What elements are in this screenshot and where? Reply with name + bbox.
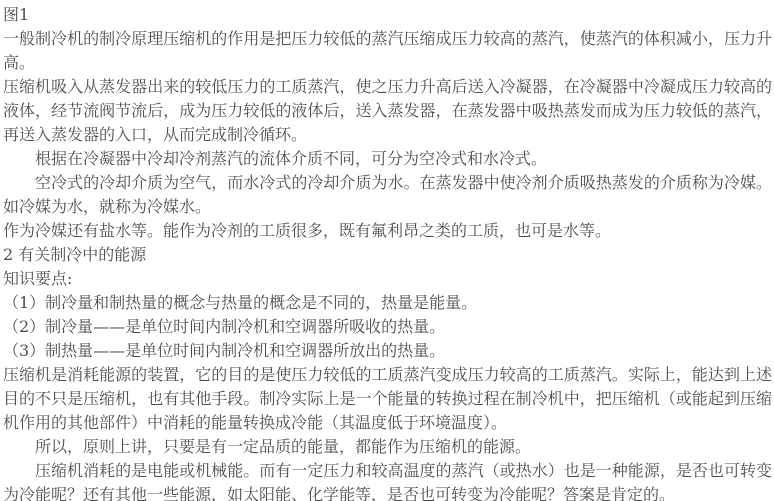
- paragraph-refrigeration-cycle: 压缩机吸入从蒸发器出来的较低压力的工质蒸汽，使之压力升高后送入冷凝器，在冷凝器中…: [3, 75, 772, 147]
- paragraph-compressor-energy: 压缩机是消耗能源的装置，它的目的是使压力较低的工质蒸汽变成压力较高的工质蒸汽。实…: [3, 363, 772, 435]
- paragraph-energy-sources: 压缩机消耗的是电能或机械能。而有一定压力和较高温度的蒸汽（或热水）也是一种能源，…: [3, 459, 772, 501]
- list-item-3: （3）制热量——是单位时间内制冷机和空调器所放出的热量。: [3, 339, 772, 363]
- paragraph-coolant-examples: 作为冷媒还有盐水等。能作为冷剂的工质很多，既有氟利昂之类的工质，也可是水等。: [3, 219, 772, 243]
- knowledge-points-label: 知识要点:: [3, 267, 772, 291]
- paragraph-compressor-principle: 一般制冷机的制冷原理压缩机的作用是把压力较低的蒸汽压缩成压力较高的蒸汽，使蒸汽的…: [3, 27, 772, 75]
- paragraph-air-vs-water-cooling: 空冷式的冷却介质为空气，而水冷式的冷却介质为水。在蒸发器中使冷剂介质吸热蒸发的介…: [3, 171, 772, 219]
- section-heading-energy: 2 有关制冷中的能源: [3, 243, 772, 267]
- figure-label: 图1: [3, 3, 772, 27]
- paragraph-cooling-medium-types: 根据在冷凝器中冷却冷剂蒸汽的流体介质不同，可分为空冷式和水冷式。: [3, 147, 772, 171]
- document-body: 图1 一般制冷机的制冷原理压缩机的作用是把压力较低的蒸汽压缩成压力较高的蒸汽，使…: [0, 0, 774, 501]
- list-item-1: （1）制冷量和制热量的概念与热量的概念是不同的，热量是能量。: [3, 291, 772, 315]
- list-item-2: （2）制冷量——是单位时间内制冷机和空调器所吸收的热量。: [3, 315, 772, 339]
- paragraph-energy-quality: 所以，原则上讲，只要是有一定品质的能量，都能作为压缩机的能源。: [3, 435, 772, 459]
